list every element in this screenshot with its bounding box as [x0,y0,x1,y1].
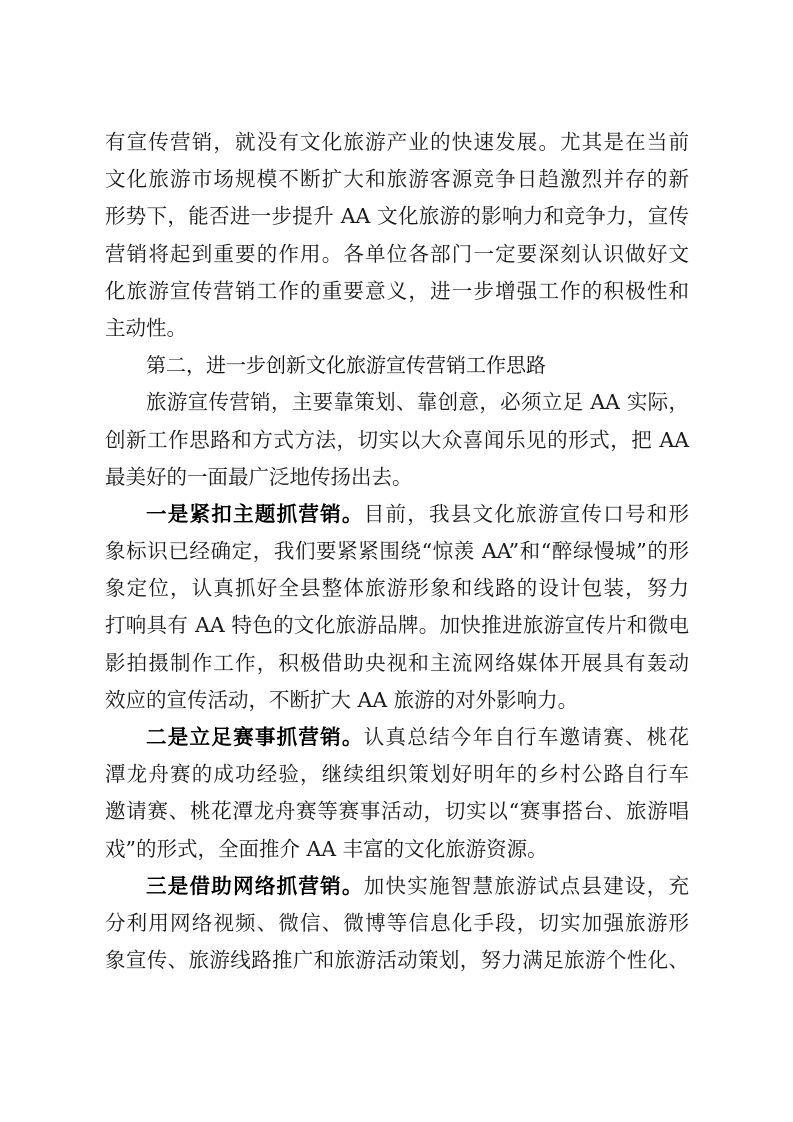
text-line: 影拍摄制作工作，积极借助央视和主流网络媒体开展具有轰动 [105,645,689,682]
text-line: 主动性。 [105,310,689,347]
paragraph-intro: 旅游宣传营销，主要靠策划、靠创意，必须立足 AA 实际， 创新工作思路和方式方法… [105,384,689,496]
section-heading: 第二，进一步创新文化旅游宣传营销工作思路 [105,347,689,384]
paragraph-network-marketing: 三是借助网络抓营销。加快实施智慧旅游试点县建设，充 分利用网络视频、微信、微博等… [105,868,689,980]
text-line: 最美好的一面最广泛地传扬出去。 [105,459,689,496]
text-line: 有宣传营销，就没有文化旅游产业的快速发展。尤其是在当前 [105,124,689,161]
text-line: 营销将起到重要的作用。各单位各部门一定要深刻认识做好文 [105,236,689,273]
lead-phrase: 一是紧扣主题抓营销。 [146,502,364,526]
paragraph-event-marketing: 二是立足赛事抓营销。认真总结今年自行车邀请赛、桃花 潭龙舟赛的成功经验，继续组织… [105,719,689,868]
text-line: 象定位，认真抓好全县整体旅游形象和线路的设计包装，努力 [105,570,689,607]
text-line: 三是借助网络抓营销。加快实施智慧旅游试点县建设，充 [105,868,689,905]
lead-phrase: 三是借助网络抓营销。 [146,874,364,898]
text-line: 文化旅游市场规模不断扩大和旅游客源竞争日趋激烈并存的新 [105,161,689,198]
text-line: 二是立足赛事抓营销。认真总结今年自行车邀请赛、桃花 [105,719,689,756]
text-line: 象宣传、旅游线路推广和旅游活动策划，努力满足旅游个性化、 [105,942,689,979]
paragraph-importance: 有宣传营销，就没有文化旅游产业的快速发展。尤其是在当前 文化旅游市场规模不断扩大… [105,124,689,347]
text-line: 化旅游宣传营销工作的重要意义，进一步增强工作的积极性和 [105,273,689,310]
text-line: 戏”的形式，全面推介 AA 丰富的文化旅游资源。 [105,831,689,868]
text-line: 象标识已经确定，我们要紧紧围绕“惊羡 AA”和“醉绿慢城”的形 [105,533,689,570]
text-line: 潭龙舟赛的成功经验，继续组织策划好明年的乡村公路自行车 [105,756,689,793]
document-page: 有宣传营销，就没有文化旅游产业的快速发展。尤其是在当前 文化旅游市场规模不断扩大… [105,124,689,979]
text-line: 分利用网络视频、微信、微博等信息化手段，切实加强旅游形 [105,905,689,942]
text-line: 邀请赛、桃花潭龙舟赛等赛事活动，切实以“赛事搭台、旅游唱 [105,793,689,830]
text-line: 打响具有 AA 特色的文化旅游品牌。加快推进旅游宣传片和微电 [105,607,689,644]
text-line: 创新工作思路和方式方法，切实以大众喜闻乐见的形式，把 AA [105,422,689,459]
text-line: 一是紧扣主题抓营销。目前，我县文化旅游宣传口号和形 [105,496,689,533]
text-span: 加快实施智慧旅游试点县建设，充 [364,874,689,898]
paragraph-theme-marketing: 一是紧扣主题抓营销。目前，我县文化旅游宣传口号和形 象标识已经确定，我们要紧紧围… [105,496,689,719]
text-span: 目前，我县文化旅游宣传口号和形 [364,502,689,526]
lead-phrase: 二是立足赛事抓营销。 [146,725,364,749]
text-line: 旅游宣传营销，主要靠策划、靠创意，必须立足 AA 实际， [105,384,689,421]
text-line: 效应的宣传活动，不断扩大 AA 旅游的对外影响力。 [105,682,689,719]
text-span: 认真总结今年自行车邀请赛、桃花 [364,725,689,749]
text-line: 形势下，能否进一步提升 AA 文化旅游的影响力和竞争力，宣传 [105,198,689,235]
